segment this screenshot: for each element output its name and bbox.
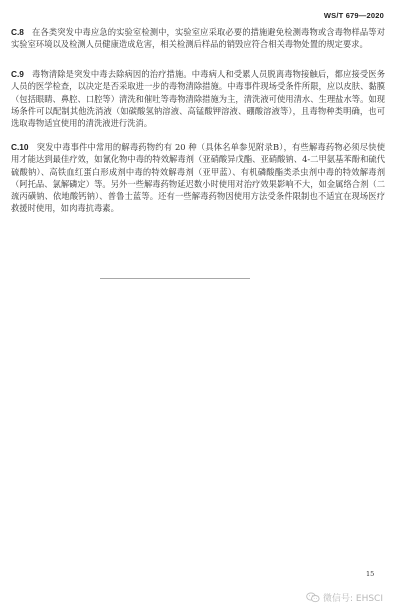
watermark-text: 微信号: EHSCI: [323, 591, 383, 604]
clause-text: 在各类突发中毒应急的实验室检测中，实验室应采取必要的措施避免检测毒物或含毒物样品…: [11, 27, 385, 49]
end-separator-line: [100, 278, 250, 279]
standard-code-header: WS/T 679—2020: [324, 11, 384, 20]
clause-number: C.9: [11, 69, 24, 79]
paragraph-c8: C.8在各类突发中毒应急的实验室检测中，实验室应采取必要的措施避免检测毒物或含毒…: [11, 26, 385, 51]
paragraph-c10: C.10突发中毒事件中常用的解毒药物约有 20 种（具体名单参见附录B），有些解…: [11, 141, 385, 215]
clause-text: 突发中毒事件中常用的解毒药物约有 20 种（具体名单参见附录B），有些解毒药物必…: [11, 142, 385, 213]
wechat-icon: [306, 592, 320, 603]
page-number: 15: [366, 570, 374, 578]
clause-number: C.10: [11, 142, 29, 152]
clause-number: C.8: [11, 27, 24, 37]
clause-text: 毒物清除是突发中毒去除病因的治疗措施。中毒病人和受累人员脱离毒物接触后，都应接受…: [11, 69, 385, 128]
wechat-watermark: 微信号: EHSCI: [306, 591, 383, 604]
paragraph-c9: C.9毒物清除是突发中毒去除病因的治疗措施。中毒病人和受累人员脱离毒物接触后，都…: [11, 68, 385, 129]
